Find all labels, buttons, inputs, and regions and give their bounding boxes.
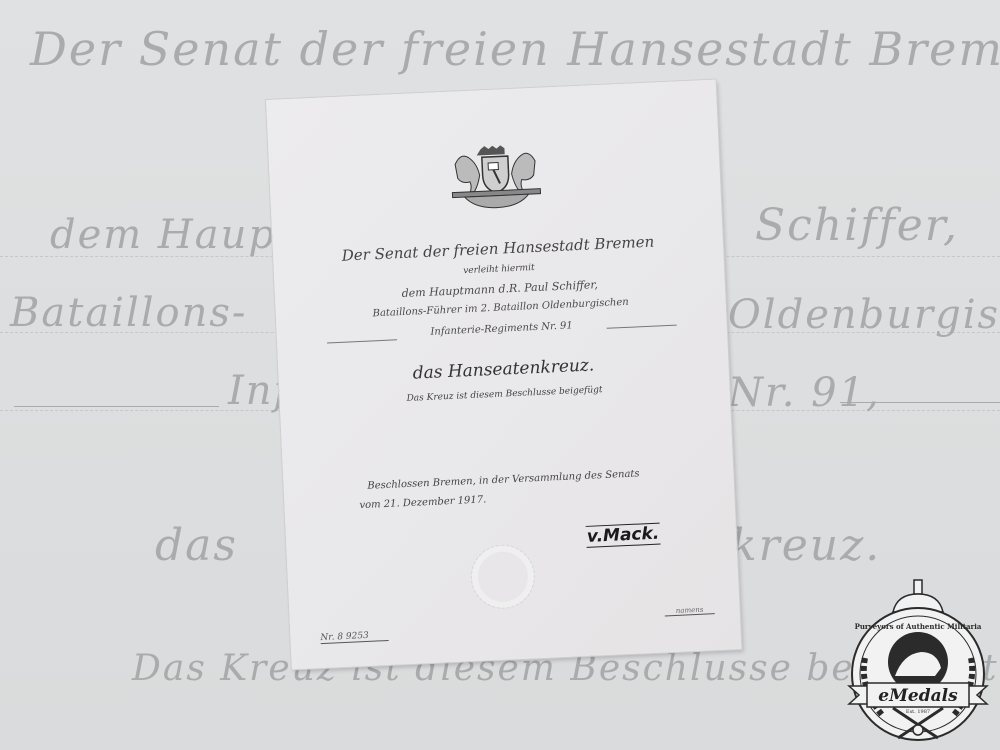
bg-script-line: das bbox=[155, 520, 238, 571]
bg-solid-rule bbox=[840, 402, 1000, 403]
resolution-line-2: vom 21. Dezember 1917. bbox=[359, 494, 486, 511]
bg-script-line: Schiffer, bbox=[755, 200, 959, 251]
embossed-seal-icon bbox=[469, 543, 536, 610]
award-certificate: Der Senat der freien Hansestadt Bremen v… bbox=[266, 80, 741, 670]
emedals-established: Est. 1987 bbox=[843, 709, 993, 715]
emedals-logo: Purveyors of Authentic Militaria eMedals… bbox=[843, 578, 993, 746]
bg-script-line: Der Senat der freien Hansestadt Bremen bbox=[30, 22, 1000, 76]
bg-script-line: Nr. 91, bbox=[728, 370, 881, 416]
document-number: Nr. 8 9253 bbox=[320, 630, 388, 644]
bg-script-line: Oldenburgischen bbox=[728, 292, 1000, 338]
emedals-brand: eMedals bbox=[843, 686, 993, 706]
signature: v.Mack. bbox=[586, 523, 661, 548]
bg-solid-rule bbox=[14, 406, 219, 407]
resolution-line-1: Beschlossen Bremen, in der Versammlung d… bbox=[273, 464, 733, 496]
clerk-mark: namens bbox=[664, 605, 714, 616]
bg-script-line: Bataillons- bbox=[10, 290, 247, 336]
coat-of-arms-icon bbox=[444, 142, 547, 216]
emedals-arc-text: Purveyors of Authentic Militaria bbox=[843, 622, 993, 631]
emedals-badge-icon bbox=[843, 578, 993, 746]
bg-script-line: kreuz. bbox=[730, 520, 881, 571]
